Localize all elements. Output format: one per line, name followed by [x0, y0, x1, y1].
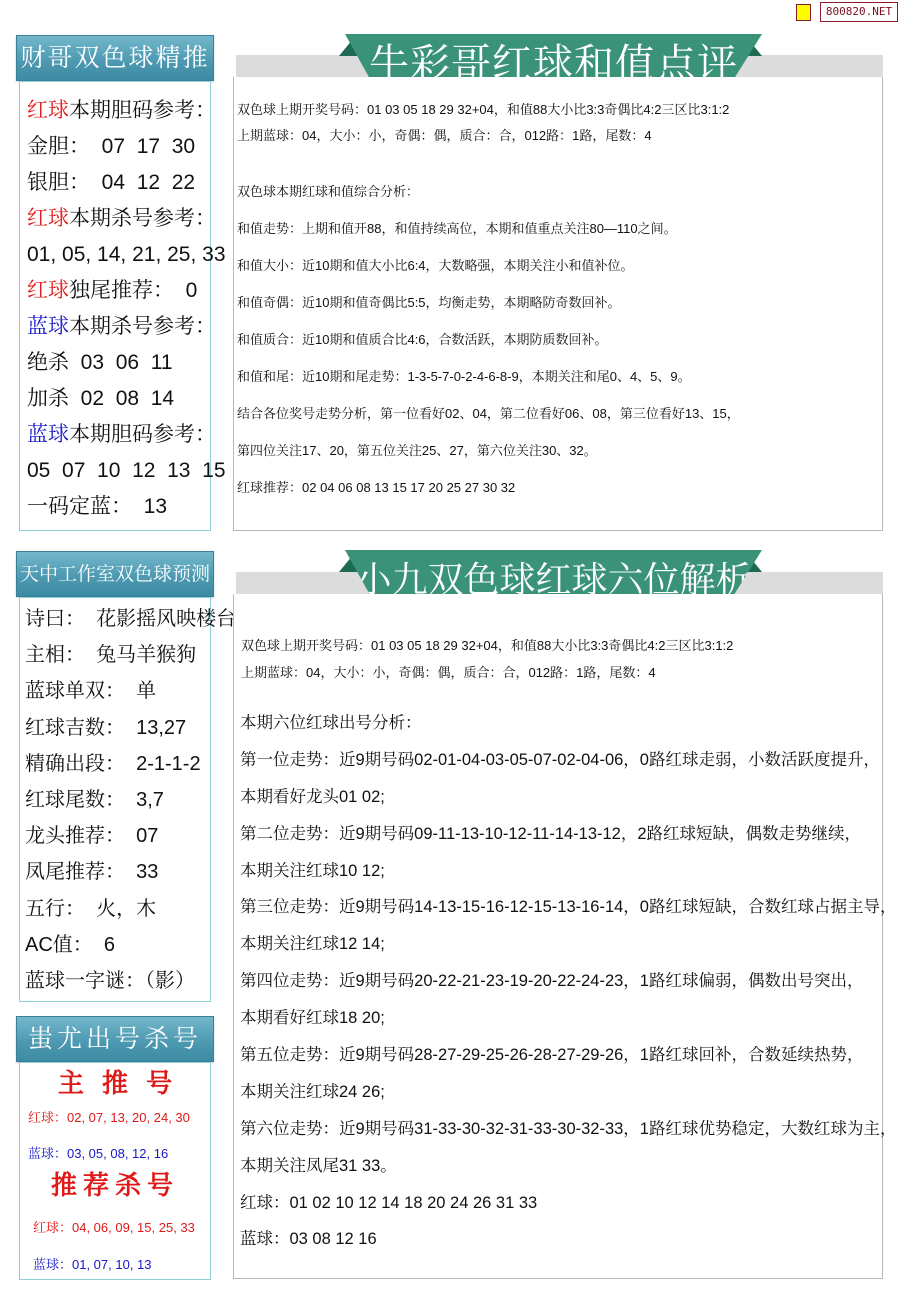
- panel-chiyou-body: 主 推 号 红球：02, 07, 13, 20, 24, 30 蓝球：03, 0…: [19, 1062, 211, 1280]
- article2-line: 本期看好龙头01 02;: [240, 785, 897, 822]
- article2-line: 第四位走势：近9期号码20-22-21-23-19-20-22-24-23，1路…: [240, 969, 897, 1006]
- panel-tianzhong-line: 红球尾数： 3,7: [20, 782, 210, 818]
- panel-tianzhong-line: 主相： 兔马羊猴狗: [20, 637, 210, 673]
- article2-line: 第五位走势：近9期号码28-27-29-25-26-28-27-29-26，1路…: [240, 1043, 897, 1080]
- article1-body: 双色球上期开奖号码：01 03 05 18 29 32+04，和值88大小比3:…: [233, 77, 883, 531]
- panel-caige-line: 05 07 10 12 13 15: [20, 453, 210, 489]
- article2-line: 第二位走势：近9期号码09-11-13-10-12-11-14-13-12，2路…: [240, 822, 897, 859]
- ball-color-label: 蓝球: [27, 315, 69, 338]
- article2-analysis-lines: 本期六位红球出号分析：第一位走势：近9期号码02-01-04-03-05-07-…: [240, 711, 897, 1264]
- main-pick-red-balls: 红球：02, 07, 13, 20, 24, 30: [28, 1107, 190, 1126]
- panel-caige-line: 01, 05, 14, 21, 25, 33: [20, 237, 210, 273]
- line-text: 绝杀 03 06 11: [27, 351, 173, 374]
- panel-tianzhong-title: 天中工作室双色球预测: [16, 551, 214, 597]
- article1-line: 红球推荐：02 04 06 08 13 15 17 20 25 27 30 32: [237, 478, 740, 515]
- article2-line: 本期关注红球10 12;: [240, 859, 897, 896]
- line-text: 本期杀号参考：: [69, 207, 216, 230]
- article2-line: 第六位走势：近9期号码31-33-30-32-31-33-30-32-33，1路…: [240, 1117, 897, 1154]
- line-text: 本期胆码参考：: [69, 99, 216, 122]
- panel-tianzhong-line: 蓝球单双： 单: [20, 673, 210, 709]
- panel-caige-line: 红球本期杀号参考：: [20, 201, 210, 237]
- article1-line: 和值和尾：近10期和尾走势：1-3-5-7-0-2-4-6-8-9，本期关注和尾…: [237, 367, 740, 404]
- line-text: 05 07 10 12 13 15: [27, 459, 226, 482]
- line-text: 01, 05, 14, 21, 25, 33: [27, 243, 226, 266]
- article2-summary-line: 上期蓝球：04，大小：小，奇偶：偶，质合：合，012路：1路，尾数：4: [241, 663, 733, 690]
- article1-lines: 双色球上期开奖号码：01 03 05 18 29 32+04，和值88大小比3:…: [237, 100, 740, 515]
- panel-tianzhong-body: 诗曰： 花影摇风映楼台主相： 兔马羊猴狗蓝球单双： 单红球吉数： 13,27精确…: [19, 597, 211, 1002]
- line-text: 加杀 02 08 14: [27, 387, 174, 410]
- article1-line: 和值奇偶：近10期和值奇偶比5:5，均衡走势，本期略防奇数回补。: [237, 293, 740, 330]
- article1-line: 双色球上期开奖号码：01 03 05 18 29 32+04，和值88大小比3:…: [237, 100, 740, 126]
- panel-tianzhong-line: 五行： 火，木: [20, 891, 210, 927]
- panel-caige-line: 一码定蓝： 13: [20, 489, 210, 525]
- panel-caige-line: 蓝球本期杀号参考：: [20, 309, 210, 345]
- panel-tianzhong-line: 诗曰： 花影摇风映楼台: [20, 601, 210, 637]
- article1-line: 和值大小：近10期和值大小比6:4，大数略强，本期关注小和值补位。: [237, 256, 740, 293]
- panel-caige-line: 加杀 02 08 14: [20, 381, 210, 417]
- article1-line: 结合各位奖号走势分析，第一位看好02、04，第二位看好06、08，第三位看好13…: [237, 404, 740, 441]
- article2-line: 本期关注红球24 26;: [240, 1080, 897, 1117]
- panel-tianzhong-line: AC值： 6: [20, 927, 210, 963]
- main-pick-blue-balls: 蓝球：03, 05, 08, 12, 16: [28, 1143, 168, 1162]
- line-text: 独尾推荐： 0: [69, 279, 197, 302]
- watermark-site-label: 800820.NET: [820, 2, 898, 22]
- kill-red-balls: 红球：04, 06, 09, 15, 25, 33: [33, 1217, 195, 1236]
- article2-line: 蓝球：03 08 12 16: [240, 1227, 897, 1264]
- panel-tianzhong-line: 红球吉数： 13,27: [20, 710, 210, 746]
- panel-caige-lines: 红球本期胆码参考：金胆： 07 17 30银胆： 04 12 22红球本期杀号参…: [20, 93, 210, 525]
- article2-line: 红球：01 02 10 12 14 18 20 24 26 31 33: [240, 1191, 897, 1228]
- watermark-square-icon: [796, 4, 811, 21]
- ball-color-label: 蓝球: [27, 423, 69, 446]
- panel-tianzhong-line: 凤尾推荐： 33: [20, 854, 210, 890]
- article1-line: [237, 172, 740, 182]
- line-text: 本期杀号参考：: [69, 315, 216, 338]
- panel-caige-line: 银胆： 04 12 22: [20, 165, 210, 201]
- article2-body: 双色球上期开奖号码：01 03 05 18 29 32+04，和值88大小比3:…: [233, 594, 883, 1279]
- article1-line: 和值质合：近10期和值质合比4:6，合数活跃，本期防质数回补。: [237, 330, 740, 367]
- panel-tianzhong-line: 龙头推荐： 07: [20, 818, 210, 854]
- panel-caige-line: 红球独尾推荐： 0: [20, 273, 210, 309]
- panel-caige-line: 红球本期胆码参考：: [20, 93, 210, 129]
- panel-caige-title: 财哥双色球精推: [16, 35, 214, 81]
- ball-color-label: 红球: [27, 279, 69, 302]
- panel-caige-line: 蓝球本期胆码参考：: [20, 417, 210, 453]
- article2-line: 本期关注红球12 14;: [240, 932, 897, 969]
- panel-caige-line: 绝杀 03 06 11: [20, 345, 210, 381]
- panel-tianzhong-line: 蓝球一字谜：（影）: [20, 963, 210, 999]
- line-text: 本期胆码参考：: [69, 423, 216, 446]
- article2-line: 本期六位红球出号分析：: [240, 711, 897, 748]
- kill-heading: 推荐杀号: [20, 1169, 210, 1203]
- panel-tianzhong-line: 精确出段： 2-1-1-2: [20, 746, 210, 782]
- article2-line: 本期看好红球18 20;: [240, 1006, 897, 1043]
- article2-line: 第三位走势：近9期号码14-13-15-16-12-15-13-16-14，0路…: [240, 895, 897, 932]
- panel-caige-line: 金胆： 07 17 30: [20, 129, 210, 165]
- article2-summary-line: 双色球上期开奖号码：01 03 05 18 29 32+04，和值88大小比3:…: [241, 636, 733, 663]
- article1-line: 上期蓝球：04，大小：小，奇偶：偶，质合：合，012路：1路，尾数：4: [237, 126, 740, 172]
- panel-tianzhong-lines: 诗曰： 花影摇风映楼台主相： 兔马羊猴狗蓝球单双： 单红球吉数： 13,27精确…: [20, 601, 210, 999]
- article2-summary-lines: 双色球上期开奖号码：01 03 05 18 29 32+04，和值88大小比3:…: [241, 636, 733, 690]
- ball-color-label: 红球: [27, 99, 69, 122]
- ball-color-label: 红球: [27, 207, 69, 230]
- article2-line: 第一位走势：近9期号码02-01-04-03-05-07-02-04-06，0路…: [240, 748, 897, 785]
- kill-blue-balls: 蓝球：01, 07, 10, 13: [33, 1254, 152, 1273]
- panel-caige-body: 红球本期胆码参考：金胆： 07 17 30银胆： 04 12 22红球本期杀号参…: [19, 81, 211, 531]
- article1-line: 双色球本期红球和值综合分析：: [237, 182, 740, 219]
- panel-chiyou-title: 蚩尤出号杀号: [16, 1016, 214, 1062]
- line-text: 一码定蓝： 13: [27, 495, 167, 518]
- article1-line: 和值走势：上期和值开88，和值持续高位，本期和值重点关注80—110之间。: [237, 219, 740, 256]
- line-text: 银胆： 04 12 22: [27, 171, 195, 194]
- line-text: 金胆： 07 17 30: [27, 135, 195, 158]
- article1-line: 第四位关注17、20，第五位关注25、27，第六位关注30、32。: [237, 441, 740, 478]
- article2-line: 本期关注凤尾31 33。: [240, 1154, 897, 1191]
- main-pick-heading: 主 推 号: [20, 1067, 210, 1101]
